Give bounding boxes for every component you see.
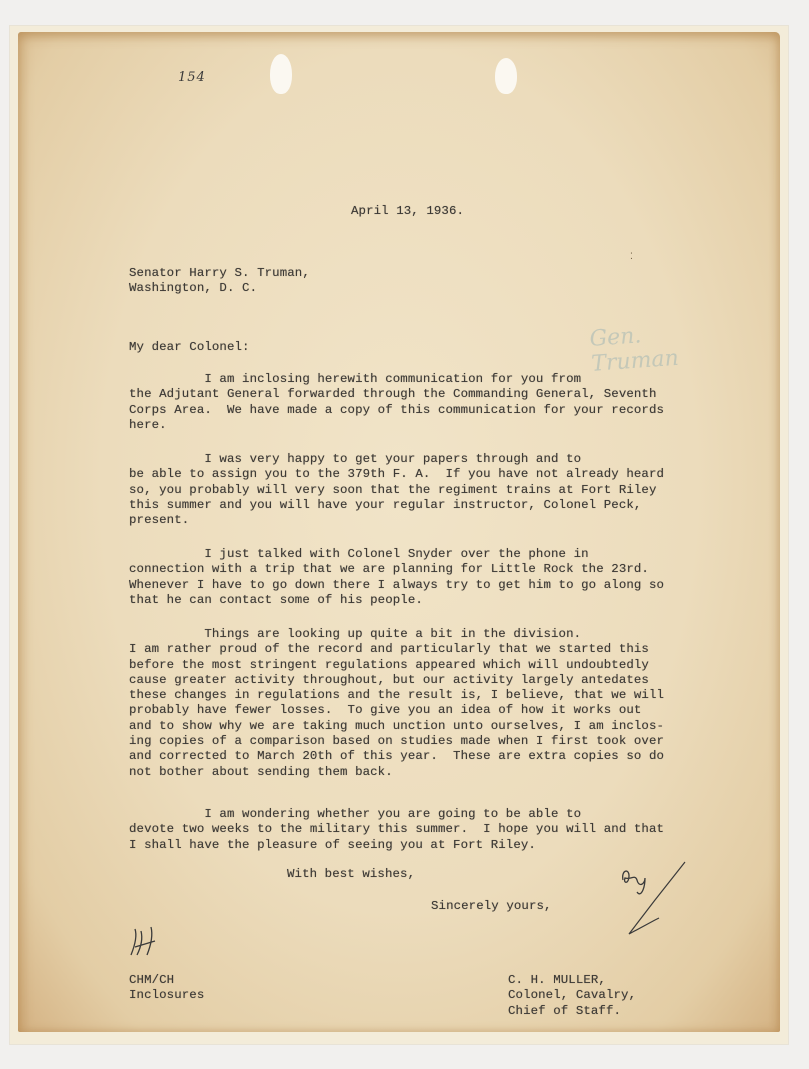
reference-block: CHM/CH Inclosures xyxy=(129,973,204,1004)
closing-wishes: With best wishes, xyxy=(287,867,415,882)
paragraph-3: I just talked with Colonel Snyder over t… xyxy=(129,547,664,608)
paragraph-4: Things are looking up quite a bit in the… xyxy=(129,627,664,780)
reference-initials: CHM/CH xyxy=(129,973,174,987)
handwritten-page-number: 154 xyxy=(178,70,206,85)
signature-block: C. H. MULLER, Colonel, Cavalry, Chief of… xyxy=(508,973,636,1019)
enclosures-note: Inclosures xyxy=(129,988,204,1002)
signer-rank: Colonel, Cavalry, xyxy=(508,988,636,1002)
paragraph-2: I was very happy to get your papers thro… xyxy=(129,452,664,528)
addressee-line: Washington, D. C. xyxy=(129,281,257,295)
handwritten-initials-right-icon xyxy=(615,858,695,938)
handwritten-initials-left-icon xyxy=(125,925,165,961)
addressee-block: Senator Harry S. Truman, Washington, D. … xyxy=(129,266,310,297)
paragraph-1: I am inclosing herewith communication fo… xyxy=(129,372,664,433)
signer-name: C. H. MULLER, xyxy=(508,973,606,987)
paragraph-5: I am wondering whether you are going to … xyxy=(129,807,664,853)
punch-hole-right xyxy=(495,58,517,94)
stray-mark: ⁚ xyxy=(630,252,633,262)
punch-hole-left xyxy=(270,54,292,94)
complimentary-close: Sincerely yours, xyxy=(431,899,552,914)
addressee-line: Senator Harry S. Truman, xyxy=(129,266,310,280)
letter-date: April 13, 1936. xyxy=(351,204,464,219)
signer-title: Chief of Staff. xyxy=(508,1004,621,1018)
salutation: My dear Colonel: xyxy=(129,340,250,355)
